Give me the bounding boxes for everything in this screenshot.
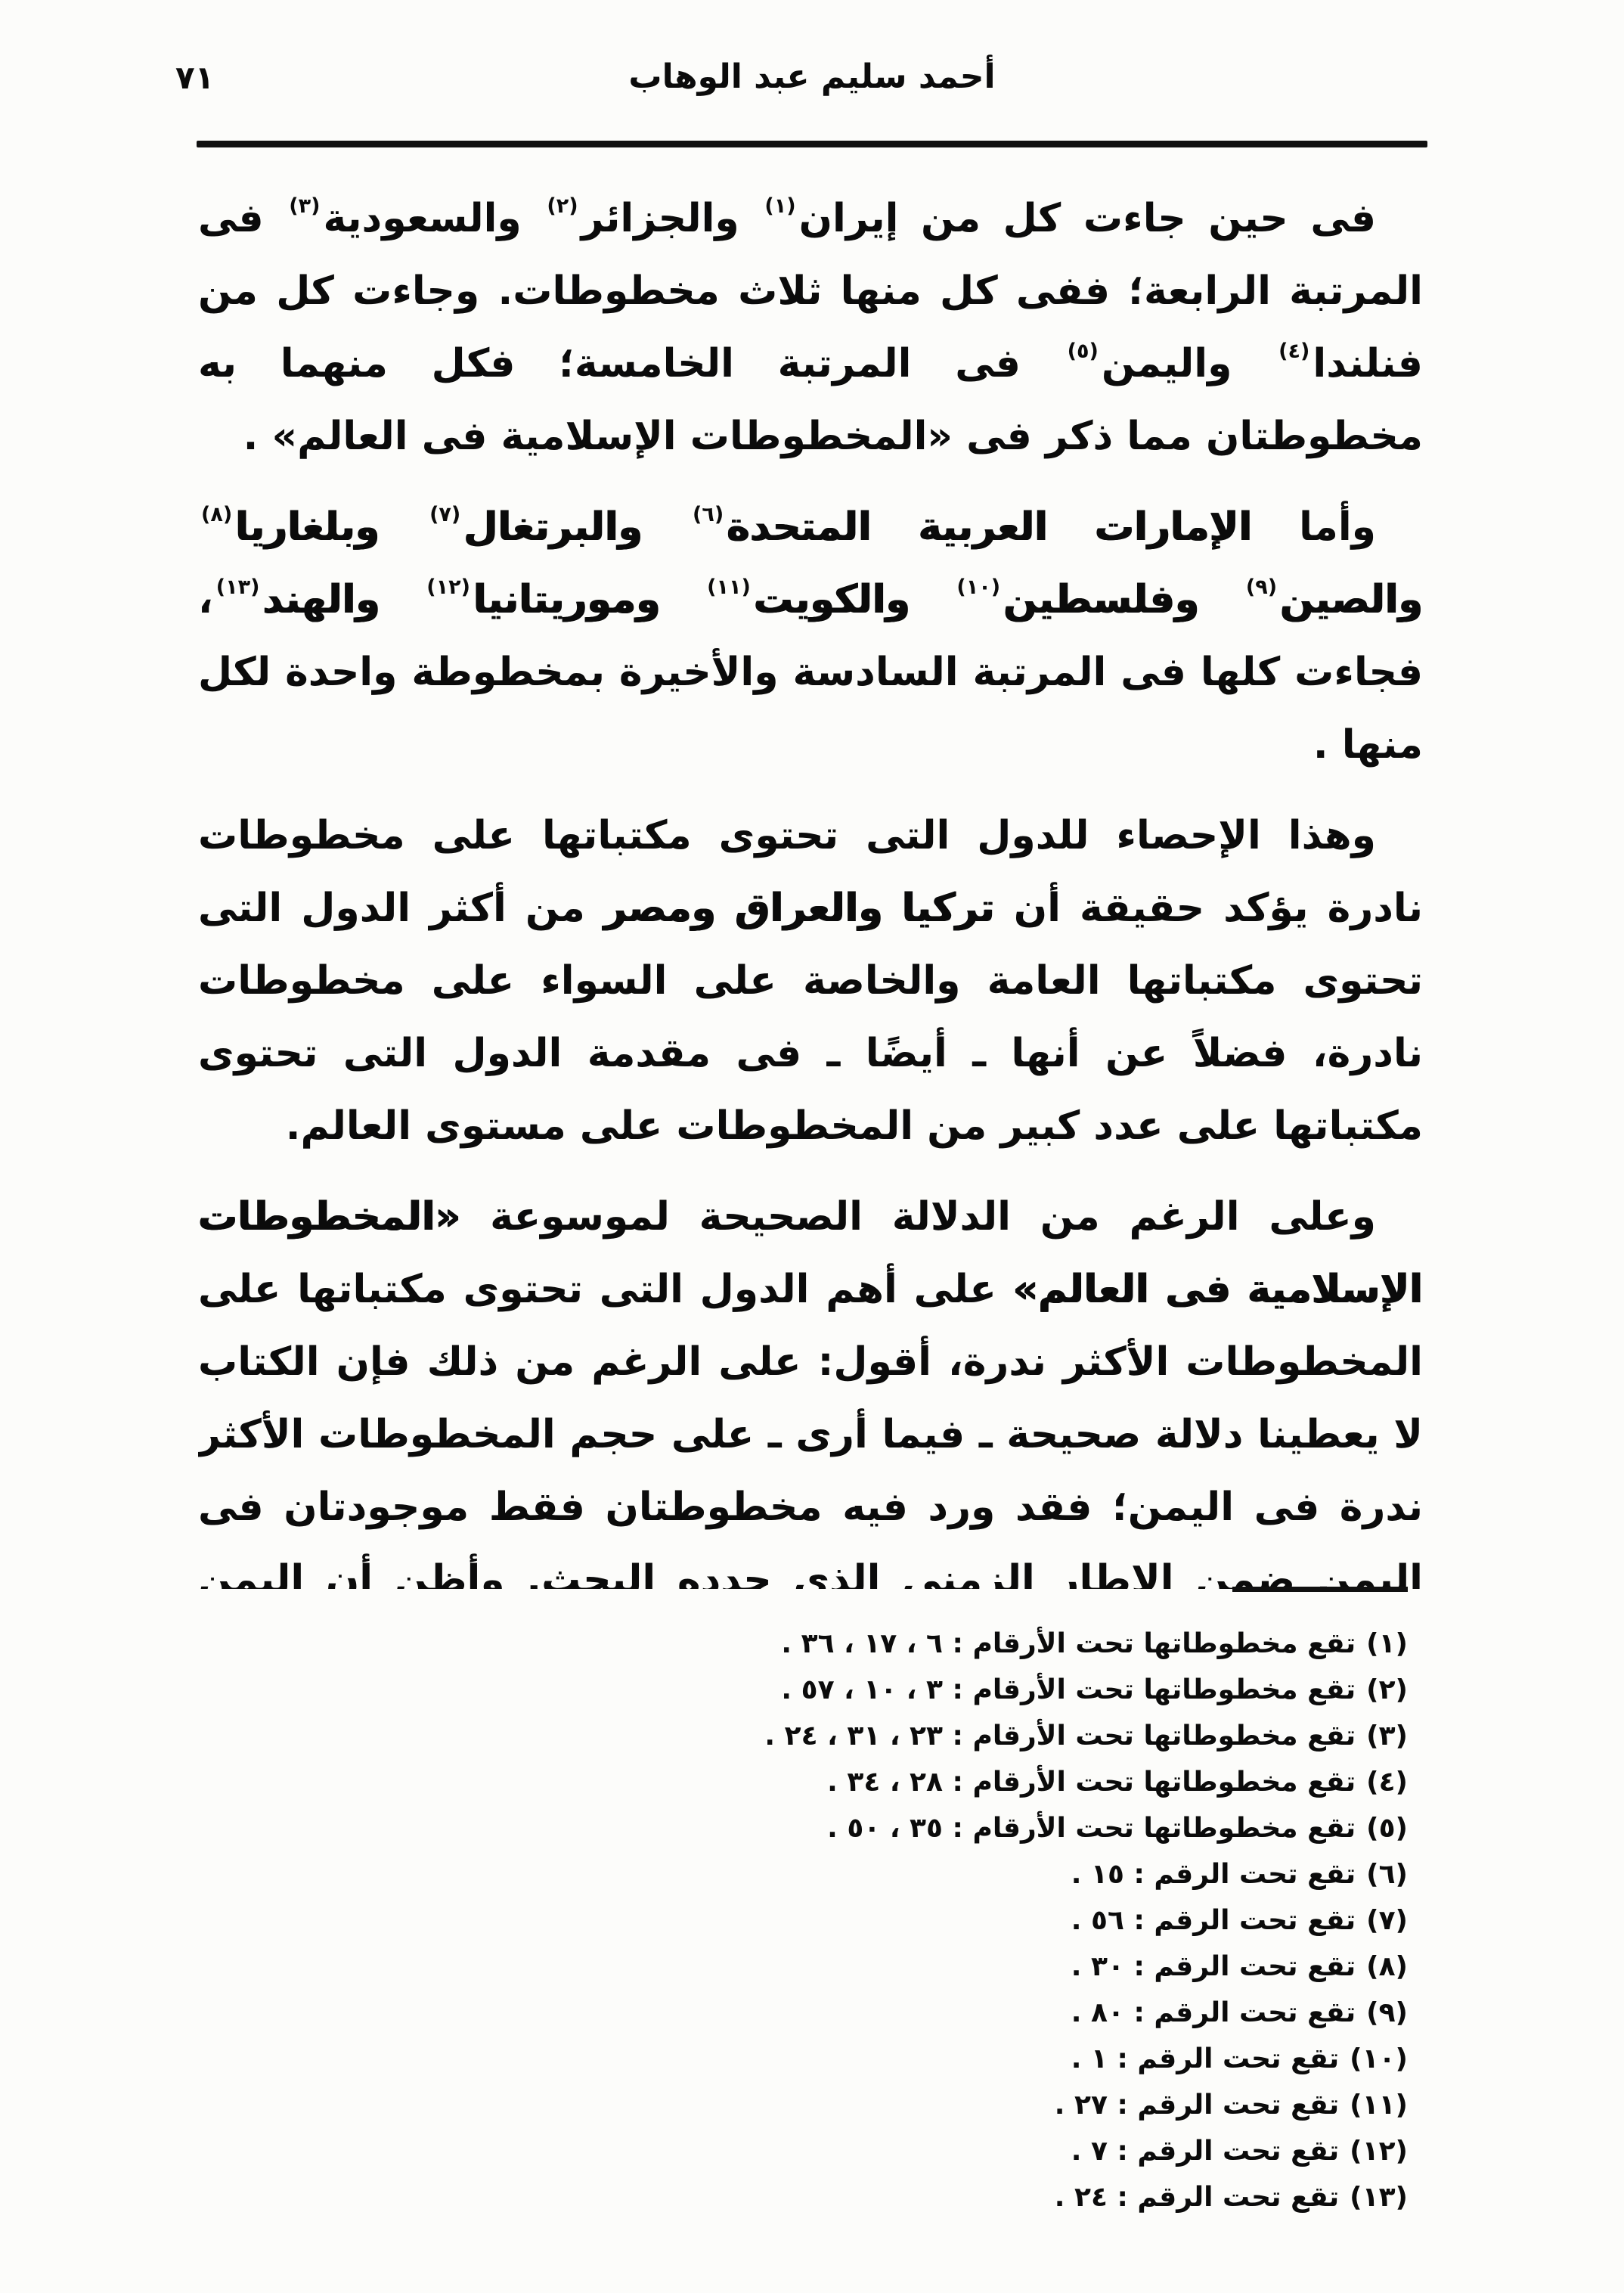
- footnote-item: (١٣)تقع تحت الرقم : ٢٤ .: [136, 2174, 1408, 2220]
- paragraph: وهذا الإحصاء للدول التى تحتوى مكتباتها ع…: [198, 799, 1423, 1162]
- footnote-item: (٩)تقع تحت الرقم : ٨٠ .: [136, 1990, 1408, 2036]
- footnote-text: تقع تحت الرقم : ٢٧ .: [1055, 2090, 1339, 2121]
- footnote-marker: (١٣): [1350, 2182, 1408, 2213]
- footnote-item: (١٠)تقع تحت الرقم : ١ .: [136, 2036, 1408, 2082]
- footnote-marker: (١): [1366, 1628, 1408, 1659]
- footnote-text: تقع تحت الرقم : ٧ .: [1071, 2136, 1339, 2167]
- text-segment: على أهم الدول التى تحتوى مكتباتها على ال…: [198, 1267, 1423, 1589]
- footnote-marker: (٥): [1366, 1813, 1408, 1844]
- footnote-text: تقع تحت الرقم : ٢٤ .: [1055, 2182, 1339, 2213]
- footnote-text: تقع مخطوطاتها تحت الأرقام : ٣ ، ١٠ ، ٥٧ …: [781, 1674, 1356, 1705]
- body-text: فى حين جاءت كل من إيران(١) والجزائر(٢) و…: [198, 182, 1423, 1589]
- footnote-item: (١١)تقع تحت الرقم : ٢٧ .: [136, 2082, 1408, 2128]
- footnote-text: تقع مخطوطاتها تحت الأرقام : ٢٨ ، ٣٤ .: [827, 1767, 1356, 1798]
- text-segment: وعلى الرغم من الدلالة الصحيحة لموسوعة: [460, 1194, 1376, 1240]
- paragraph: وعلى الرغم من الدلالة الصحيحة لموسوعة «ا…: [198, 1181, 1423, 1589]
- footnote-text: تقع تحت الرقم : ١ .: [1071, 2043, 1339, 2074]
- header-rule: [197, 141, 1427, 147]
- footnote-marker: (٧): [1366, 1905, 1408, 1936]
- text-segment: تركيا والعراق ومصر: [604, 886, 995, 931]
- footnote-item: (٣)تقع مخطوطاتها تحت الأرقام : ٢٣ ، ٣١ ،…: [136, 1713, 1408, 1759]
- text-segment: والبرتغال: [463, 504, 690, 550]
- footnote-ref: (١٢): [423, 576, 473, 599]
- footnote-marker: (٩): [1366, 1997, 1408, 2028]
- footnote-ref: (٧): [426, 503, 463, 526]
- text-segment: واليمن: [1102, 341, 1275, 386]
- footnote-item: (٦)تقع تحت الرقم : ١٥ .: [136, 1851, 1408, 1897]
- footnote-marker: (٣): [1366, 1721, 1408, 1752]
- paragraph: وأما الإمارات العربية المتحدة(٦) والبرتغ…: [198, 491, 1423, 781]
- footnote-item: (٨)تقع تحت الرقم : ٣٠ .: [136, 1944, 1408, 1990]
- footnote-ref: (٥): [1065, 340, 1102, 363]
- text-segment: والكويت: [754, 577, 954, 622]
- footnote-item: (٢)تقع مخطوطاتها تحت الأرقام : ٣ ، ١٠ ، …: [136, 1667, 1408, 1713]
- footnote-block: (١)تقع مخطوطاتها تحت الأرقام : ٦ ، ١٧ ، …: [136, 1587, 1408, 2220]
- footnote-item: (١)تقع مخطوطاتها تحت الأرقام : ٦ ، ١٧ ، …: [136, 1621, 1408, 1667]
- footnote-ref: (٤): [1275, 340, 1313, 363]
- footnote-ref: (٨): [198, 503, 235, 526]
- footnote-marker: (١٢): [1350, 2136, 1408, 2167]
- footnote-marker: (١٠): [1350, 2043, 1408, 2074]
- footnote-ref: (١١): [704, 576, 754, 599]
- footnote-marker: (٢): [1366, 1674, 1408, 1705]
- header-author: أحمد سليم عبد الوهاب: [0, 57, 1624, 96]
- footnote-ref: (٣): [286, 194, 323, 218]
- footnote-marker: (١١): [1350, 2090, 1408, 2121]
- text-segment: والصين: [1280, 577, 1423, 622]
- footnote-item: (٧)تقع تحت الرقم : ٥٦ .: [136, 1897, 1408, 1944]
- footnote-ref: (٢): [544, 194, 581, 218]
- text-segment: والسعودية: [323, 196, 544, 241]
- footnote-marker: (٤): [1366, 1767, 1408, 1798]
- footnote-text: تقع مخطوطاتها تحت الأرقام : ٦ ، ١٧ ، ٣٦ …: [781, 1628, 1356, 1659]
- footnote-text: تقع تحت الرقم : ٨٠ .: [1071, 1997, 1356, 2028]
- text-segment: وفلسطين: [1003, 577, 1243, 622]
- footnote-item: (١٢)تقع تحت الرقم : ٧ .: [136, 2128, 1408, 2174]
- footnotes-list: (١)تقع مخطوطاتها تحت الأرقام : ٦ ، ١٧ ، …: [136, 1621, 1408, 2220]
- document-page: ٧١ أحمد سليم عبد الوهاب فى حين جاءت كل م…: [0, 0, 1624, 2293]
- text-segment: وأما: [1252, 504, 1376, 550]
- paragraph: فى حين جاءت كل من إيران(١) والجزائر(٢) و…: [198, 182, 1423, 473]
- footnote-text: تقع مخطوطاتها تحت الأرقام : ٣٥ ، ٥٠ .: [827, 1813, 1356, 1844]
- footnote-marker: (٨): [1366, 1951, 1408, 1982]
- footnote-ref: (١): [761, 194, 798, 218]
- footnote-marker: (٦): [1366, 1859, 1408, 1890]
- footnote-item: (٥)تقع مخطوطاتها تحت الأرقام : ٣٥ ، ٥٠ .: [136, 1805, 1408, 1851]
- footnote-text: تقع تحت الرقم : ٣٠ .: [1071, 1951, 1356, 1982]
- footnote-ref: (٩): [1243, 576, 1280, 599]
- text-segment: فى حين جاءت كل من إيران: [799, 196, 1376, 241]
- footnote-ref: (٦): [690, 503, 727, 526]
- footnote-ref: (١٠): [953, 576, 1003, 599]
- text-segment: وموريتانيا: [473, 577, 704, 622]
- footnote-separator: [1232, 1587, 1408, 1592]
- text-segment: والهند: [262, 577, 423, 622]
- page-header: ٧١ أحمد سليم عبد الوهاب: [0, 0, 1624, 113]
- text-segment: والجزائر: [581, 196, 762, 241]
- footnote-ref: (١٣): [213, 576, 263, 599]
- footnote-item: (٤)تقع مخطوطاتها تحت الأرقام : ٢٨ ، ٣٤ .: [136, 1759, 1408, 1805]
- footnote-text: تقع تحت الرقم : ١٥ .: [1071, 1859, 1356, 1890]
- text-segment: وبلغاريا: [235, 504, 426, 550]
- text-segment: الإمارات العربية المتحدة: [727, 504, 1252, 550]
- footnote-text: تقع تحت الرقم : ٥٦ .: [1071, 1905, 1356, 1936]
- footnote-text: تقع مخطوطاتها تحت الأرقام : ٢٣ ، ٣١ ، ٢٤…: [764, 1721, 1356, 1752]
